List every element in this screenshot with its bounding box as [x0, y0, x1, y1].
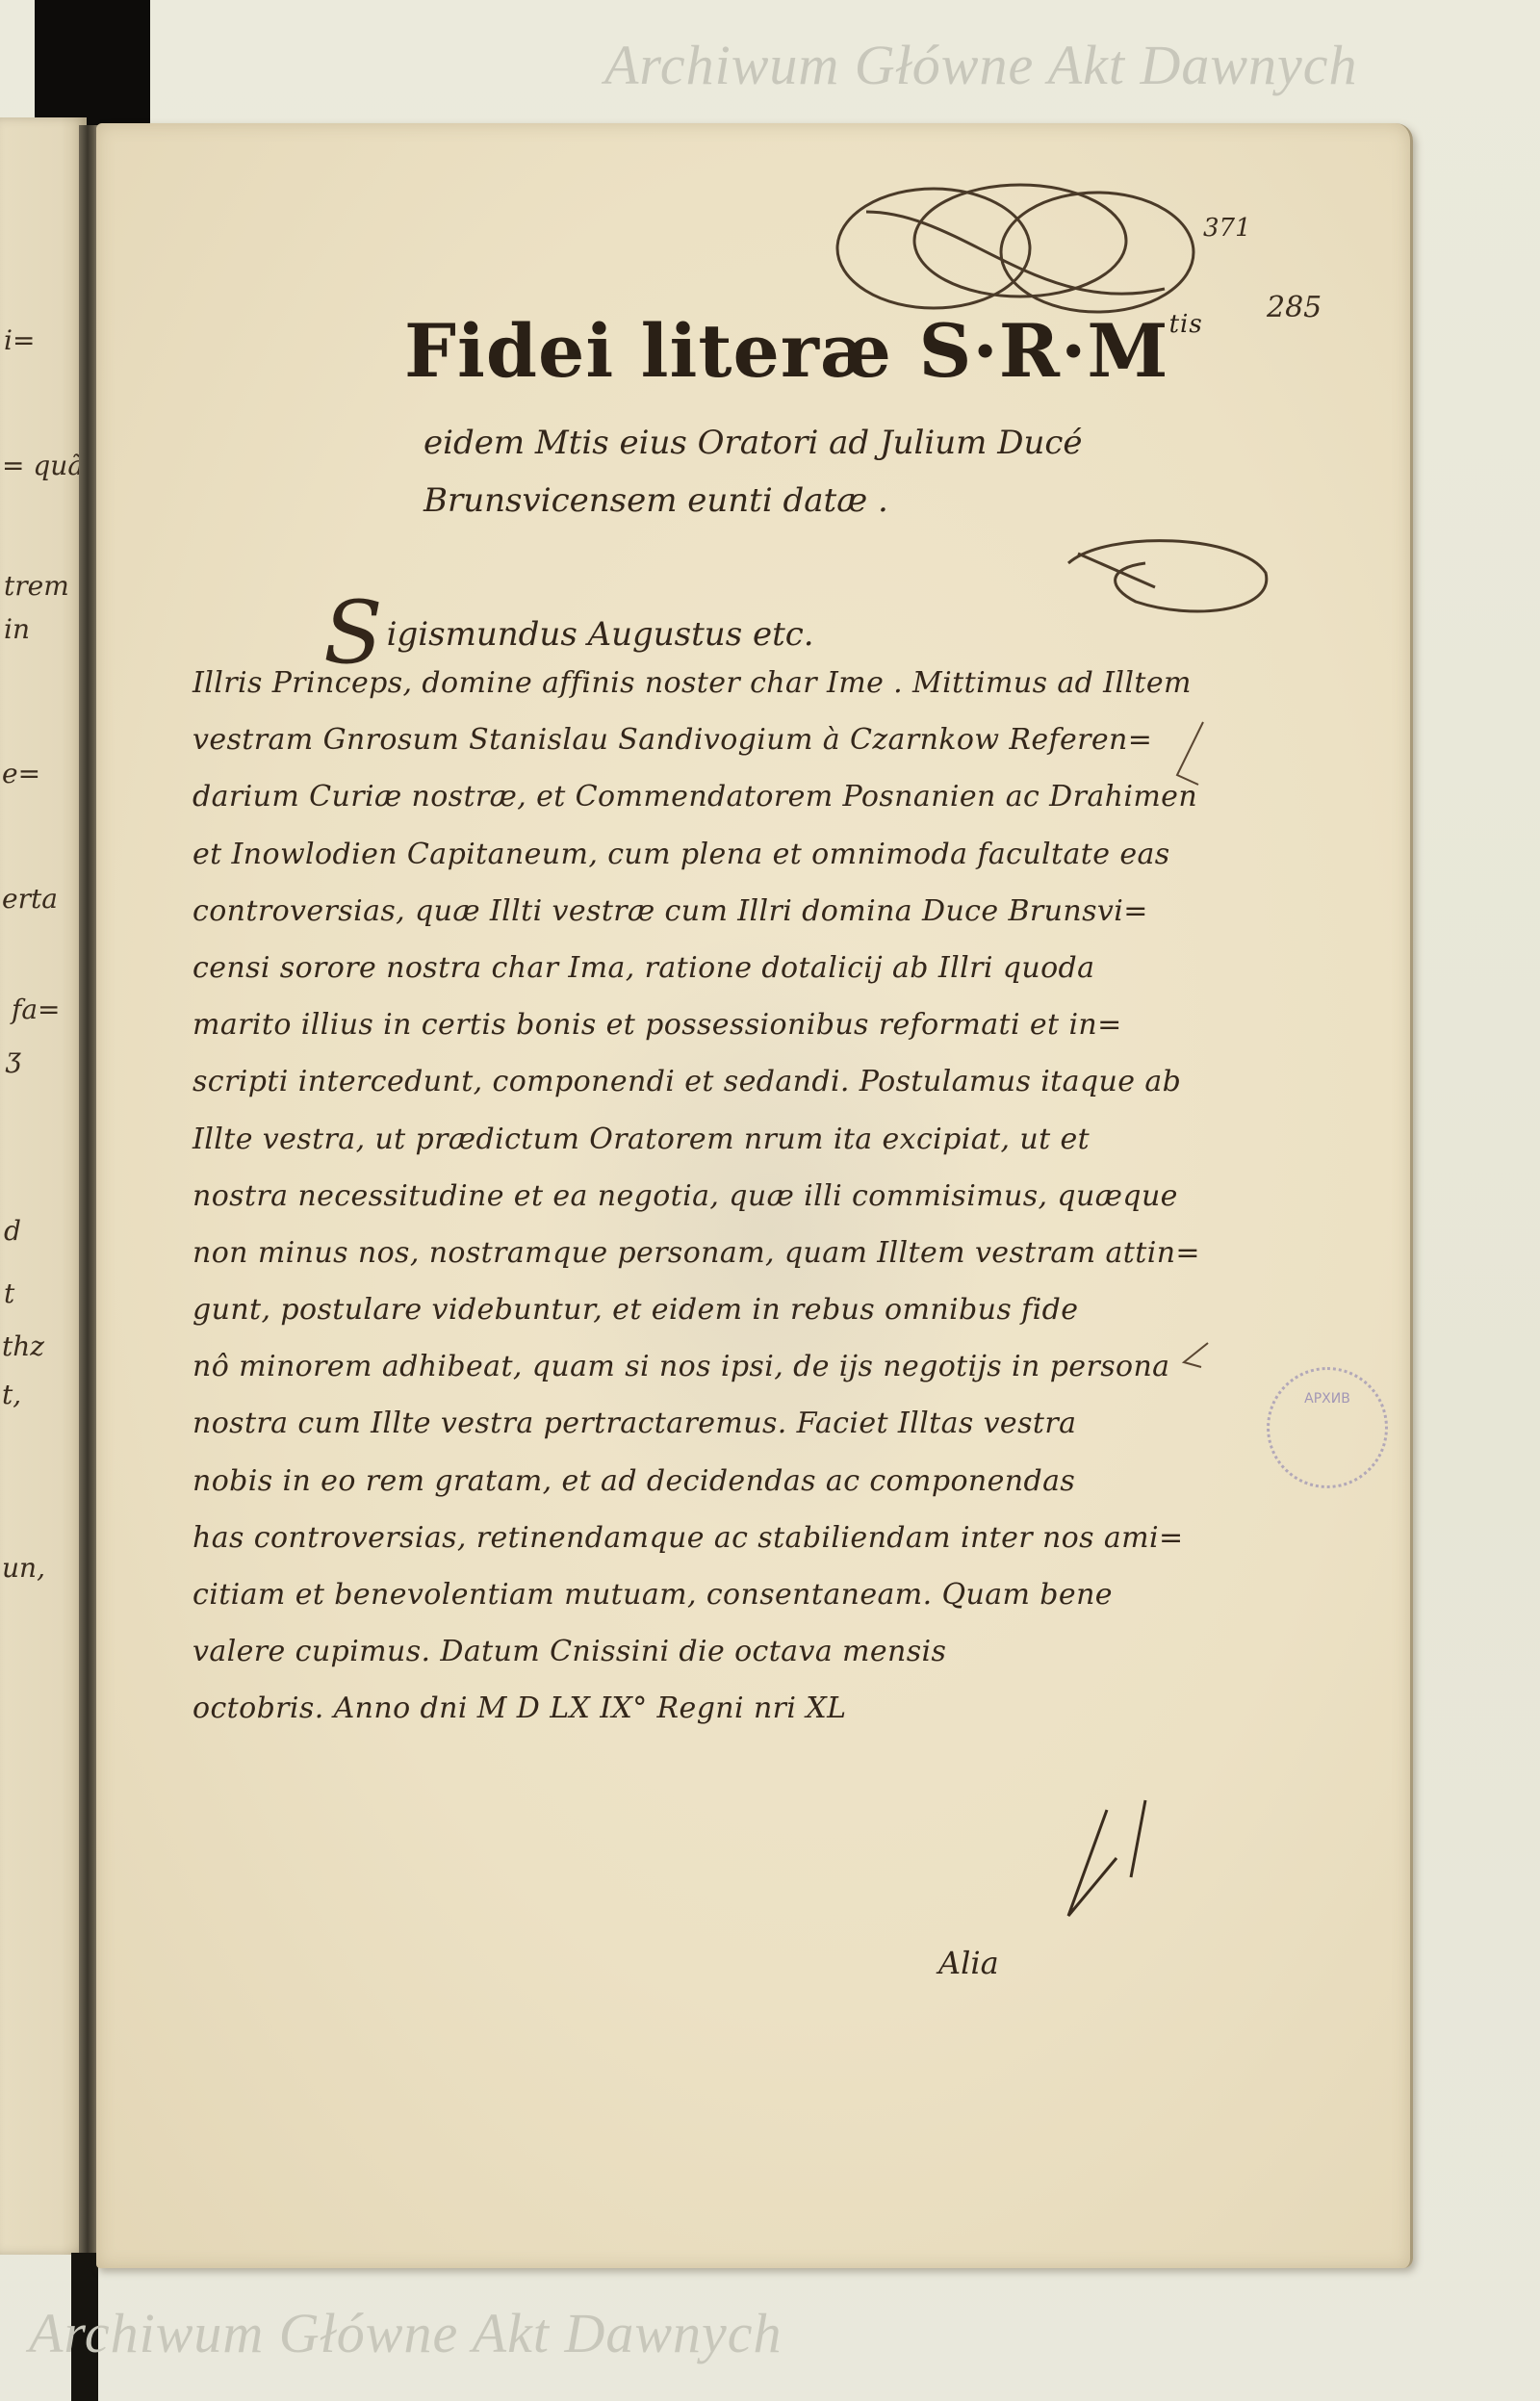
left-page-fragment: erta — [2, 883, 58, 915]
incipit-text: igismundus Augustus etc. — [387, 615, 814, 654]
text-line: nô minorem adhibeat, quam si nos ipsi, d… — [192, 1338, 1213, 1395]
text-line: Illte vestra, ut prædictum Oratorem nrum… — [192, 1111, 1213, 1168]
text-line: marito illius in certis bonis et possess… — [192, 996, 1213, 1053]
left-page-fragment: in — [4, 613, 30, 645]
book-gutter — [79, 125, 98, 2253]
text-line: octobris. Anno dni M D LX IX° Regni nri … — [192, 1680, 1213, 1737]
knot-flourish-icon — [828, 173, 1203, 327]
subtitle-line: Brunsvicensem eunti datæ . — [423, 481, 888, 520]
left-page-fragment: d — [4, 1215, 21, 1247]
stamp-text: АРХИВ — [1304, 1391, 1350, 1407]
text-line: nostra necessitudine et ea negotia, quæ … — [192, 1168, 1213, 1225]
left-page-fragment: t — [4, 1278, 14, 1309]
left-page-fragment: fa= — [12, 994, 61, 1025]
text-line: nostra cum Illte vestra pertractaremus. … — [192, 1395, 1213, 1452]
text-line: citiam et benevolentiam mutuam, consenta… — [192, 1566, 1213, 1623]
left-page-fragment: thz — [2, 1330, 44, 1362]
text-line: et Inowlodien Capitaneum, cum plena et o… — [192, 826, 1213, 883]
text-line: vestram Gnrosum Stanislau Sandivogium à … — [192, 711, 1213, 768]
text-line: has controversias, retinendamque ac stab… — [192, 1510, 1213, 1566]
title-superscript: tis — [1169, 310, 1203, 339]
document-title: Fidei literæ S·R·Mtis — [404, 308, 1203, 394]
loop-flourish-icon — [1049, 534, 1280, 631]
text-line: Illris Princeps, domine affinis noster c… — [192, 655, 1213, 711]
closing-word: Alia — [938, 1945, 999, 1981]
archive-watermark-top: Archiwum Główne Akt Dawnych — [604, 33, 1358, 97]
folio-number-lower: 285 — [1267, 291, 1322, 324]
left-page-fragment: e= — [2, 758, 40, 789]
text-line: controversias, quæ Illti vestræ cum Illr… — [192, 883, 1213, 940]
left-page-fragment: trem — [4, 570, 69, 602]
text-line: gunt, postulare videbuntur, et eidem in … — [192, 1281, 1213, 1338]
left-page-fragment: i= — [4, 324, 35, 356]
folio-number-upper: 371 — [1203, 214, 1251, 243]
text-line: valere cupimus. Datum Cnissini die octav… — [192, 1623, 1213, 1680]
date-flourish-icon — [1011, 1791, 1165, 1935]
text-line: darium Curiæ nostræ, et Commendatorem Po… — [192, 768, 1213, 825]
left-page-fragment: un, — [2, 1552, 45, 1584]
archive-watermark-bottom: Archiwum Główne Akt Dawnych — [29, 2301, 783, 2365]
binding-strap-top — [35, 0, 150, 125]
text-line: non minus nos, nostramque personam, quam… — [192, 1225, 1213, 1281]
left-page-fragment: t, — [2, 1379, 21, 1410]
title-text: Fidei literæ S·R·M — [404, 308, 1169, 394]
text-line: nobis in eo rem gratam, et ad decidendas… — [192, 1453, 1213, 1510]
left-facing-page: i= = quãn trem in e= erta fa= ʒ d t thz … — [0, 117, 87, 2255]
text-line: censi sorore nostra char Ima, ratione do… — [192, 940, 1213, 996]
letter-body: Illris Princeps, domine affinis noster c… — [192, 655, 1213, 1738]
text-line: scripti intercedunt, componendi et sedan… — [192, 1053, 1213, 1110]
archive-stamp: АРХИВ — [1267, 1367, 1388, 1488]
subtitle-line: eidem Mtis eius Oratori ad Julium Ducé — [423, 424, 1083, 462]
left-page-fragment: ʒ — [6, 1042, 21, 1073]
